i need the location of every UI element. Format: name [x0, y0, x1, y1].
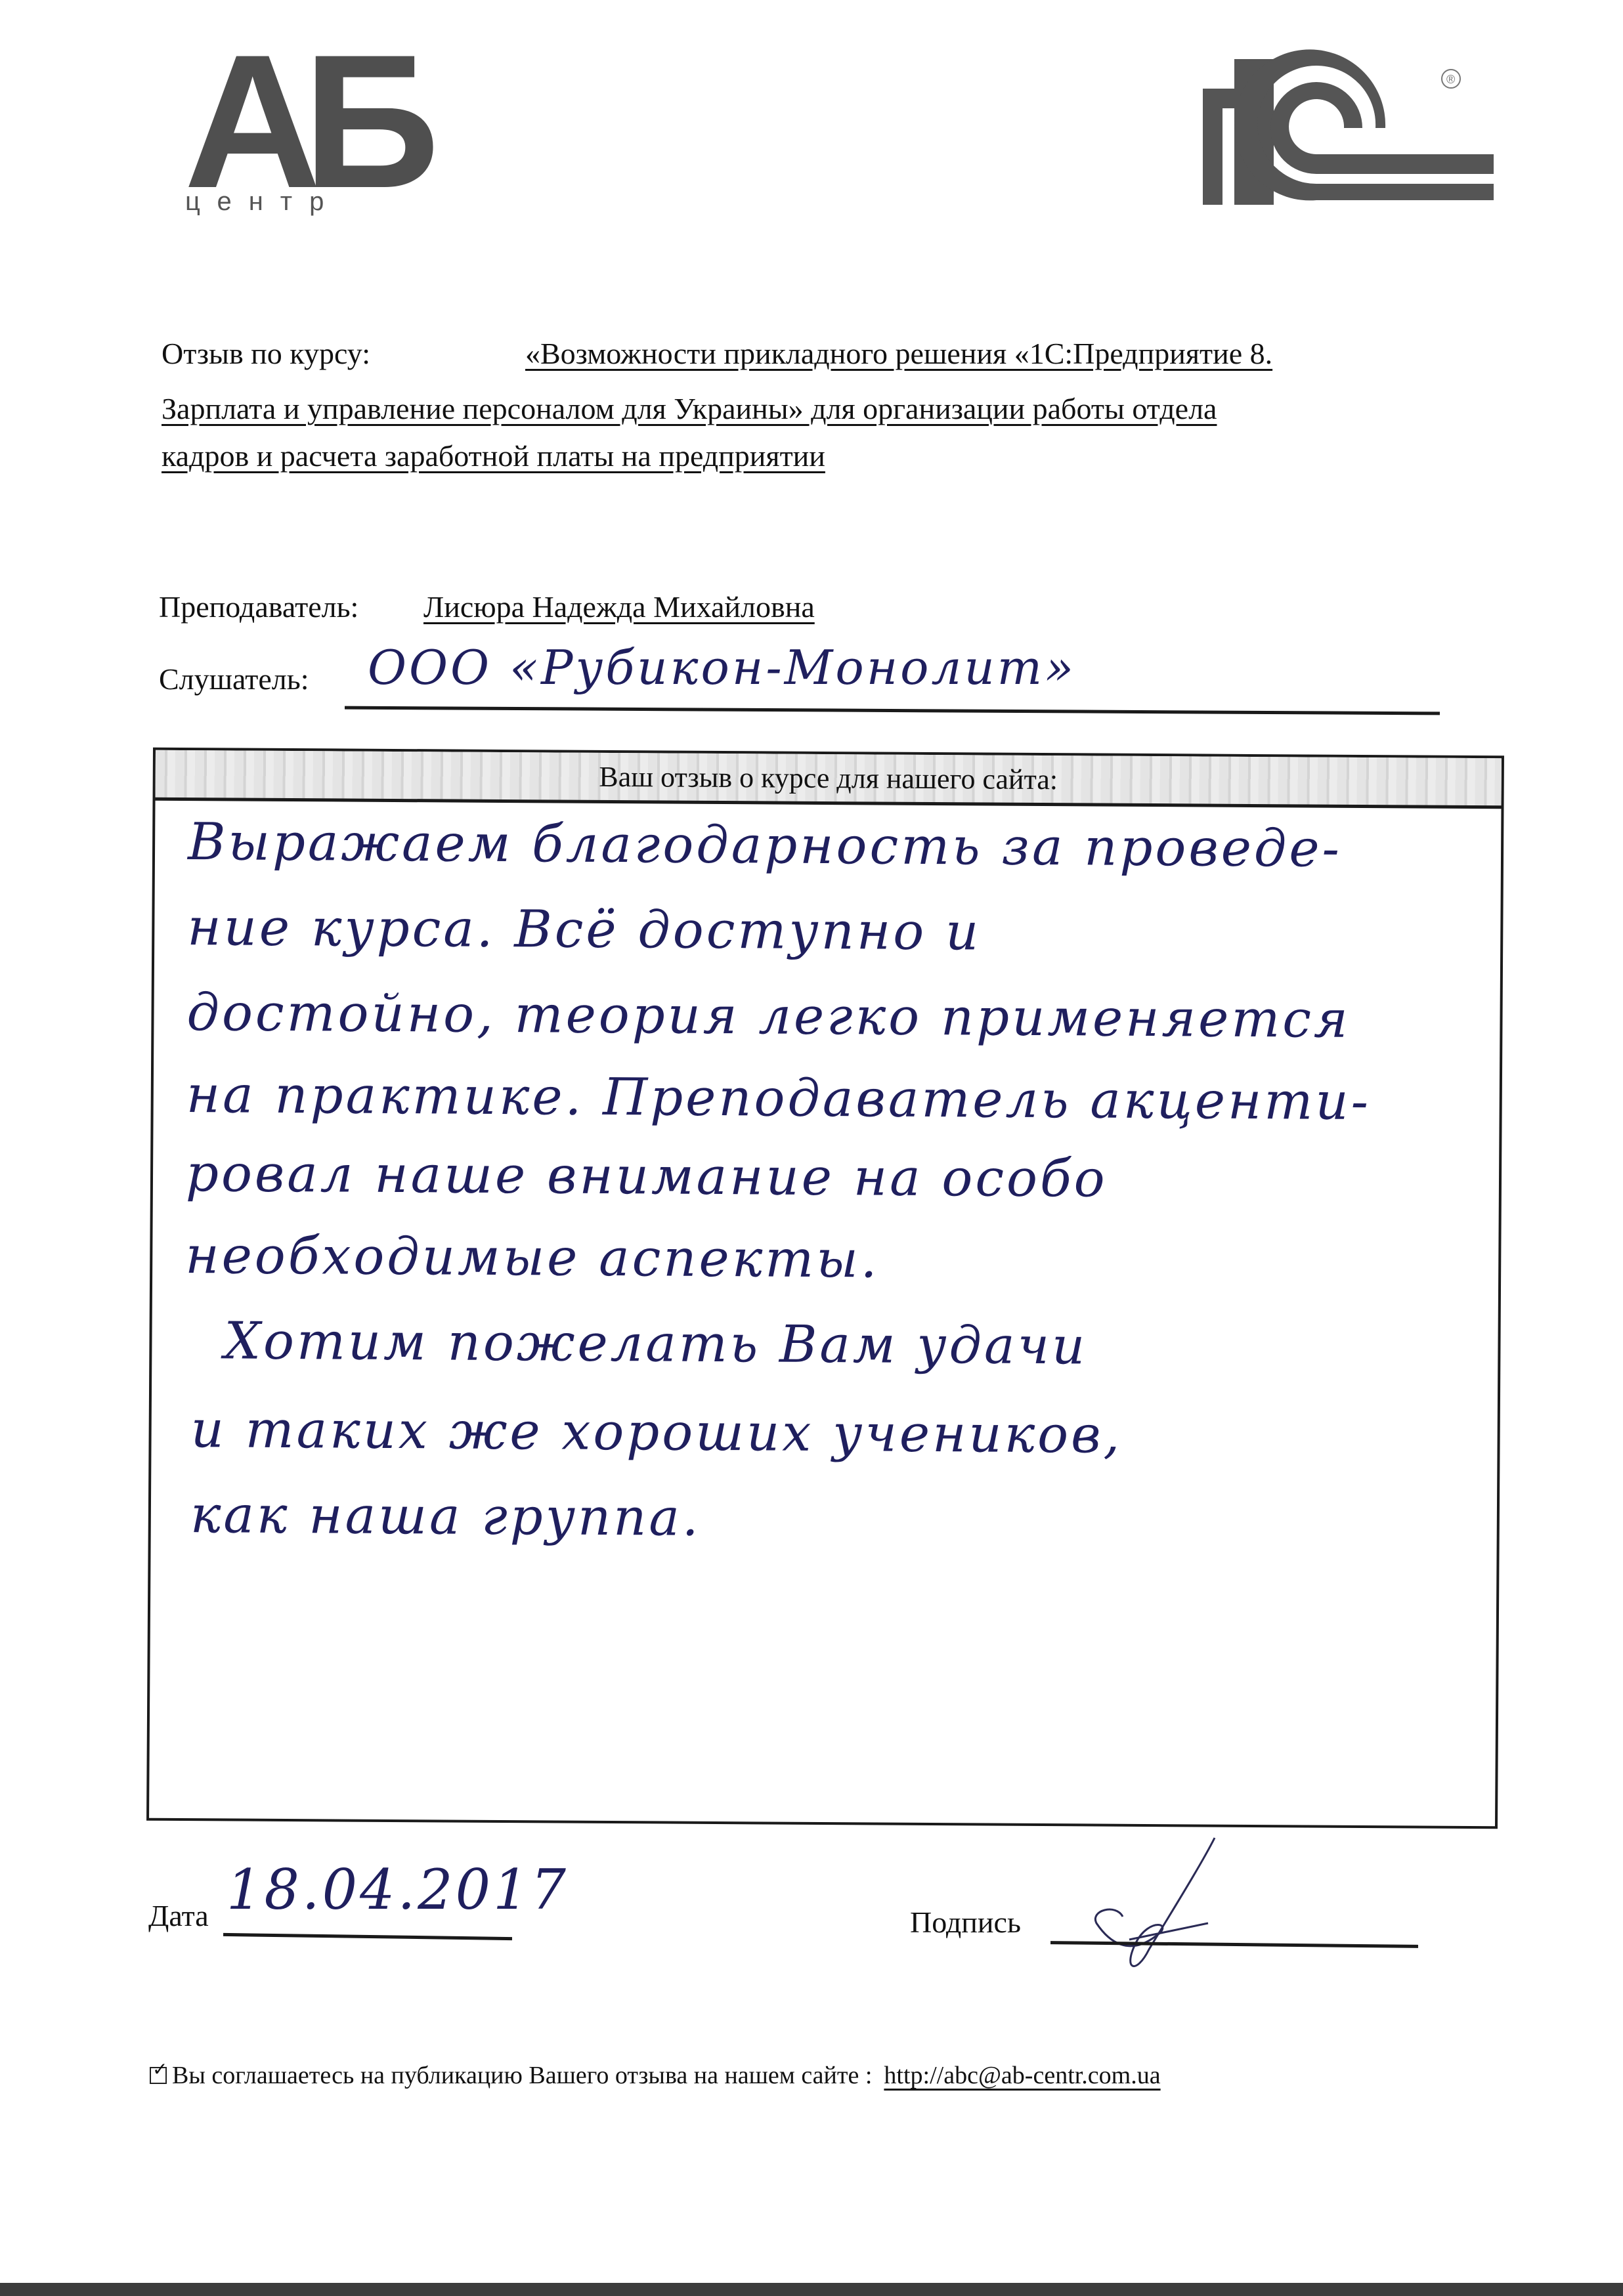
listener-label: Слушатель: — [159, 662, 309, 696]
consent-text: Вы соглашаетесь на публикацию Вашего отз… — [172, 2061, 872, 2090]
course-title-line-3: кадров и расчета заработной платы на пре… — [162, 438, 825, 473]
date-handwritten: 18.04.2017 — [227, 1858, 569, 1922]
ab-logo-letters: АБ — [184, 36, 422, 207]
teacher-label: Преподаватель: — [159, 589, 358, 624]
1c-logo-icon: ® — [1195, 46, 1549, 210]
review-line-2: ние курса. Всё доступно и — [187, 898, 981, 962]
signature-scribble-icon — [1050, 1825, 1261, 1982]
teacher-name: Лисюра Надежда Михайловна — [423, 589, 815, 624]
review-box: Ваш отзыв о курсе для нашего сайта: Выра… — [146, 748, 1504, 1829]
consent-checkbox[interactable]: ✓ — [150, 2067, 167, 2084]
review-header: Ваш отзыв о курсе для нашего сайта: — [156, 750, 1502, 809]
course-title-line-1: «Возможности прикладного решения «1С:Пре… — [525, 336, 1272, 371]
review-line-6: необходимые аспекты. — [185, 1226, 880, 1289]
date-label: Дата — [148, 1898, 209, 1933]
review-line-3: достойно, теория легко применяется — [186, 983, 1351, 1050]
svg-text:®: ® — [1446, 73, 1455, 86]
listener-name-handwritten: ООО «Рубикон-Монолит» — [368, 640, 1076, 695]
scan-edge-bar — [0, 2283, 1623, 2296]
1c-logo: ® — [1195, 46, 1549, 210]
course-label: Отзыв по курсу: — [162, 336, 370, 371]
ab-centr-logo: АБ центр — [177, 36, 427, 226]
review-line-7: Хотим пожелать Вам удачи — [224, 1311, 1087, 1376]
consent-row: ✓ Вы соглашаетесь на публикацию Вашего о… — [150, 2061, 1161, 2090]
course-title-line-2: Зарплата и управление персоналом для Укр… — [162, 391, 1217, 426]
review-line-4: на практике. Преподаватель акценти- — [186, 1065, 1372, 1132]
review-line-1: Выражаем благодарность за проведе- — [188, 813, 1342, 879]
ab-logo-subtitle: центр — [185, 187, 341, 217]
review-line-8: и таких же хороших учеников, — [190, 1400, 1122, 1465]
checkmark-icon: ✓ — [152, 2060, 167, 2079]
listener-underline — [345, 706, 1440, 715]
review-line-5: ровал наше внимание на особо — [186, 1144, 1108, 1209]
signature-label: Подпись — [910, 1905, 1021, 1940]
date-underline — [223, 1933, 512, 1940]
review-line-9: как наша группа. — [190, 1485, 701, 1548]
consent-link[interactable]: http://abc@ab-centr.com.ua — [884, 2061, 1160, 2090]
review-header-text: Ваш отзыв о курсе для нашего сайта: — [599, 761, 1058, 796]
